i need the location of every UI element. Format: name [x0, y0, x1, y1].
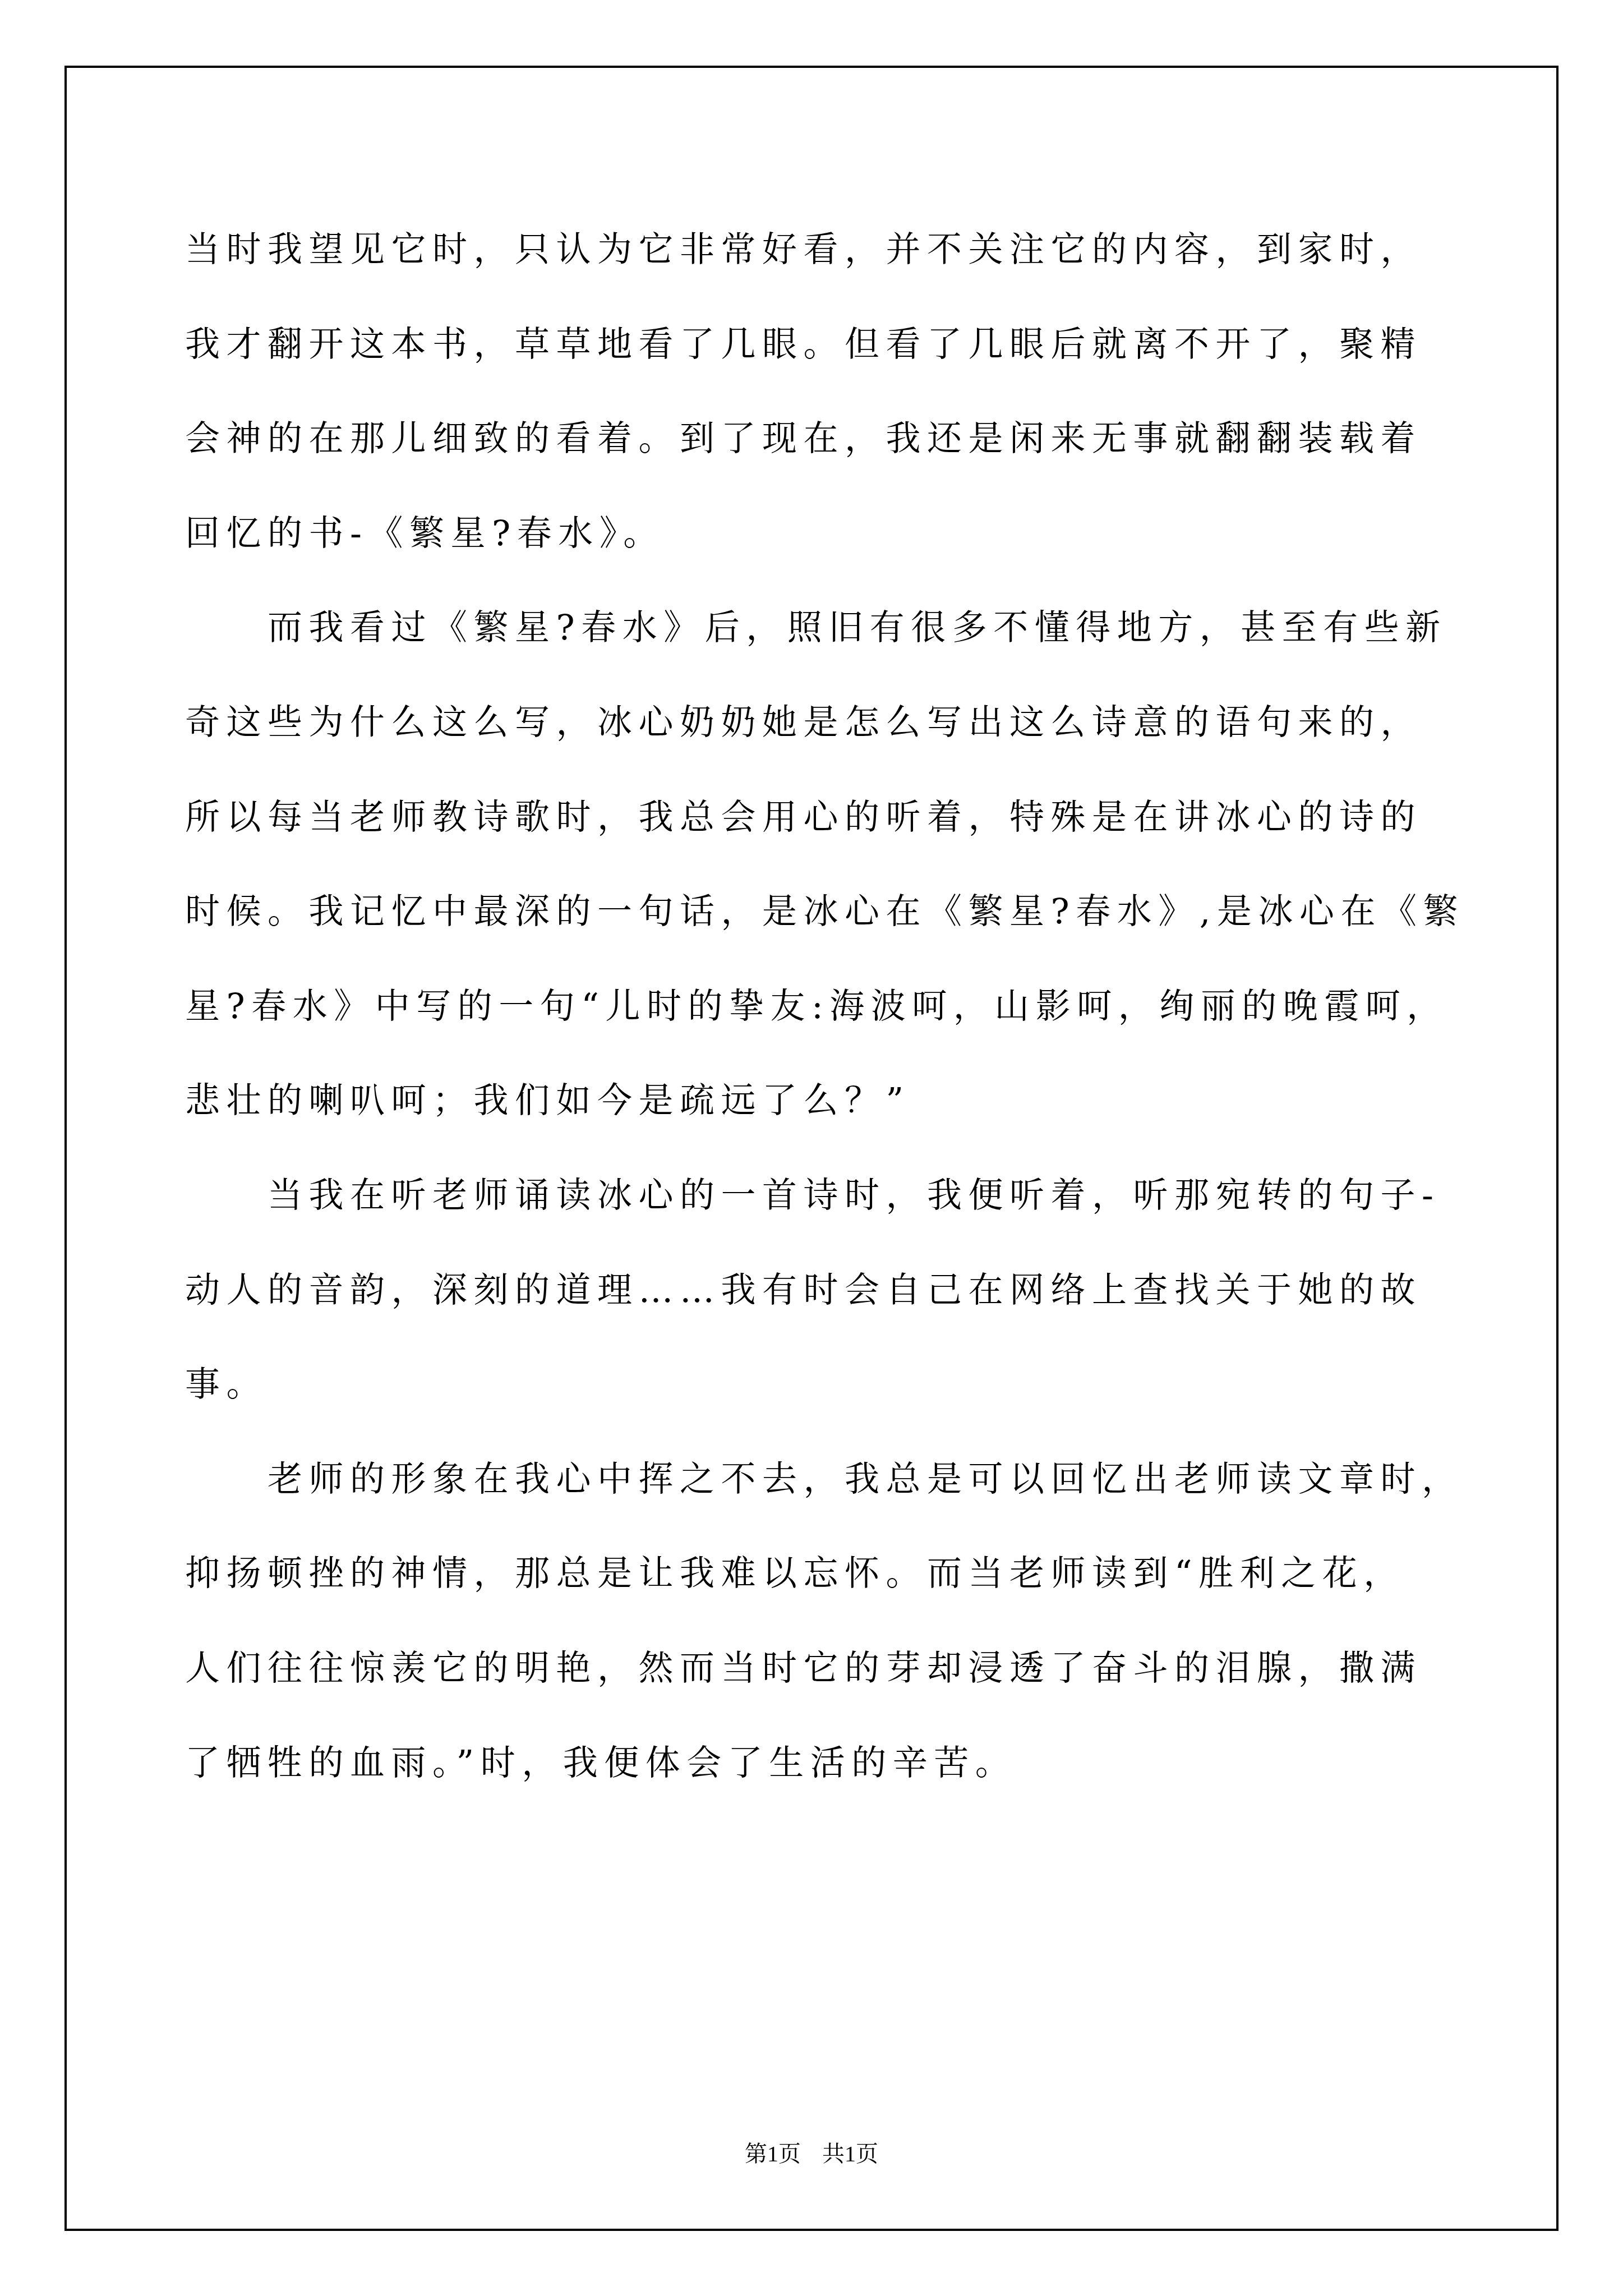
- text-line: 星?春水》中写的一句“儿时的挚友:海波呵，山影呵，绚丽的晚霞呵，: [185, 983, 1453, 1078]
- text-line: 当时我望见它时，只认为它非常好看，并不关注它的内容，到家时，: [185, 226, 1453, 321]
- text-line: 会神的在那儿细致的看着。到了现在，我还是闲来无事就翻翻装载着: [185, 415, 1453, 510]
- text-line: 而我看过《繁星?春水》后，照旧有很多不懂得地方，甚至有些新: [185, 604, 1453, 699]
- current-page-label: 第1页: [745, 2141, 801, 2166]
- document-body: 当时我望见它时，只认为它非常好看，并不关注它的内容，到家时， 我才翻开这本书，草…: [185, 226, 1453, 1834]
- text-line: 事。: [185, 1361, 1453, 1456]
- text-line: 悲壮的喇叭呵；我们如今是疏远了么？”: [185, 1077, 1453, 1172]
- text-line: 我才翻开这本书，草草地看了几眼。但看了几眼后就离不开了，聚精: [185, 321, 1453, 416]
- text-line: 老师的形象在我心中挥之不去，我总是可以回忆出老师读文章时，: [185, 1456, 1453, 1550]
- text-line: 人们往往惊羡它的明艳，然而当时它的芽却浸透了奋斗的泪腺，撒满: [185, 1645, 1453, 1740]
- text-line: 动人的音韵，深刻的道理……我有时会自己在网络上查找关于她的故: [185, 1267, 1453, 1361]
- page-footer: 第1页 共1页: [0, 2136, 1623, 2168]
- text-line: 回忆的书-《繁星?春水》。: [185, 510, 1453, 605]
- text-line: 抑扬顿挫的神情，那总是让我难以忘怀。而当老师读到“胜利之花，: [185, 1550, 1453, 1645]
- text-line: 时候。我记忆中最深的一句话，是冰心在《繁星?春水》,是冰心在《繁: [185, 888, 1453, 983]
- text-line: 所以每当老师教诗歌时，我总会用心的听着，特殊是在讲冰心的诗的: [185, 794, 1453, 889]
- text-line: 了牺牲的血雨。”时，我便体会了生活的辛苦。: [185, 1740, 1453, 1834]
- total-pages-label: 共1页: [822, 2141, 878, 2166]
- text-line: 奇这些为什么这么写，冰心奶奶她是怎么写出这么诗意的语句来的，: [185, 699, 1453, 794]
- text-line: 当我在听老师诵读冰心的一首诗时，我便听着，听那宛转的句子-: [185, 1172, 1453, 1267]
